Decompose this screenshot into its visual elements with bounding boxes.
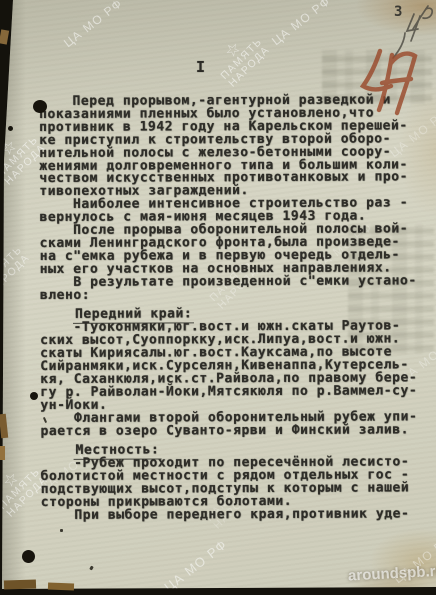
section-numeral: I xyxy=(196,58,205,76)
page-number: 3 xyxy=(394,4,402,20)
torn-edge xyxy=(0,29,9,44)
watermark-memory: ☆ ПАМЯТЬ НАРОДА xyxy=(0,234,33,297)
document-page: ЦА МО РФ ЦА МО РФ ЦА МО РФ ЦА МО РФ ЦА М… xyxy=(0,0,436,595)
document-text: Перед прорывом,-агентурной разведкой и п… xyxy=(39,94,436,523)
paper-speck xyxy=(89,566,94,571)
punch-hole xyxy=(22,550,35,563)
watermark-archive: ЦА МО РФ xyxy=(161,536,230,594)
paragraph-terrain: -Рубеж проходит по пересечённой лесисто-… xyxy=(41,457,436,523)
watermark-memory: ☆ ПАМЯТЬ НАРОДА xyxy=(209,26,272,89)
paragraph-intro: Перед прорывом,-агентурной разведкой и п… xyxy=(39,94,436,199)
punch-hole xyxy=(33,100,47,113)
paper-speck xyxy=(60,529,63,532)
watermark-archive: ЦА МО РФ xyxy=(61,0,125,50)
paragraph-front-line: -Туоконмяки,юг.вост.и южн.скаты Раутов- … xyxy=(40,321,436,413)
watermark-site: aroundspb.ru xyxy=(348,562,436,584)
star-icon: ☆ xyxy=(0,248,3,269)
paragraph-flanks: Флангами второй оборонительный рубеж упи… xyxy=(40,411,436,439)
document-scan: ЦА МО РФ ЦА МО РФ ЦА МО РФ ЦА МО РФ ЦА М… xyxy=(0,0,436,595)
ink-blot xyxy=(30,392,38,400)
torn-edge xyxy=(4,579,36,589)
torn-edge xyxy=(48,583,74,591)
ink-blot xyxy=(8,126,13,131)
paragraph-survey: После прорыва оборонительной полосы вой-… xyxy=(40,223,436,302)
watermark-archive: ЦА МО РФ xyxy=(269,0,333,48)
torn-edge xyxy=(0,446,5,460)
